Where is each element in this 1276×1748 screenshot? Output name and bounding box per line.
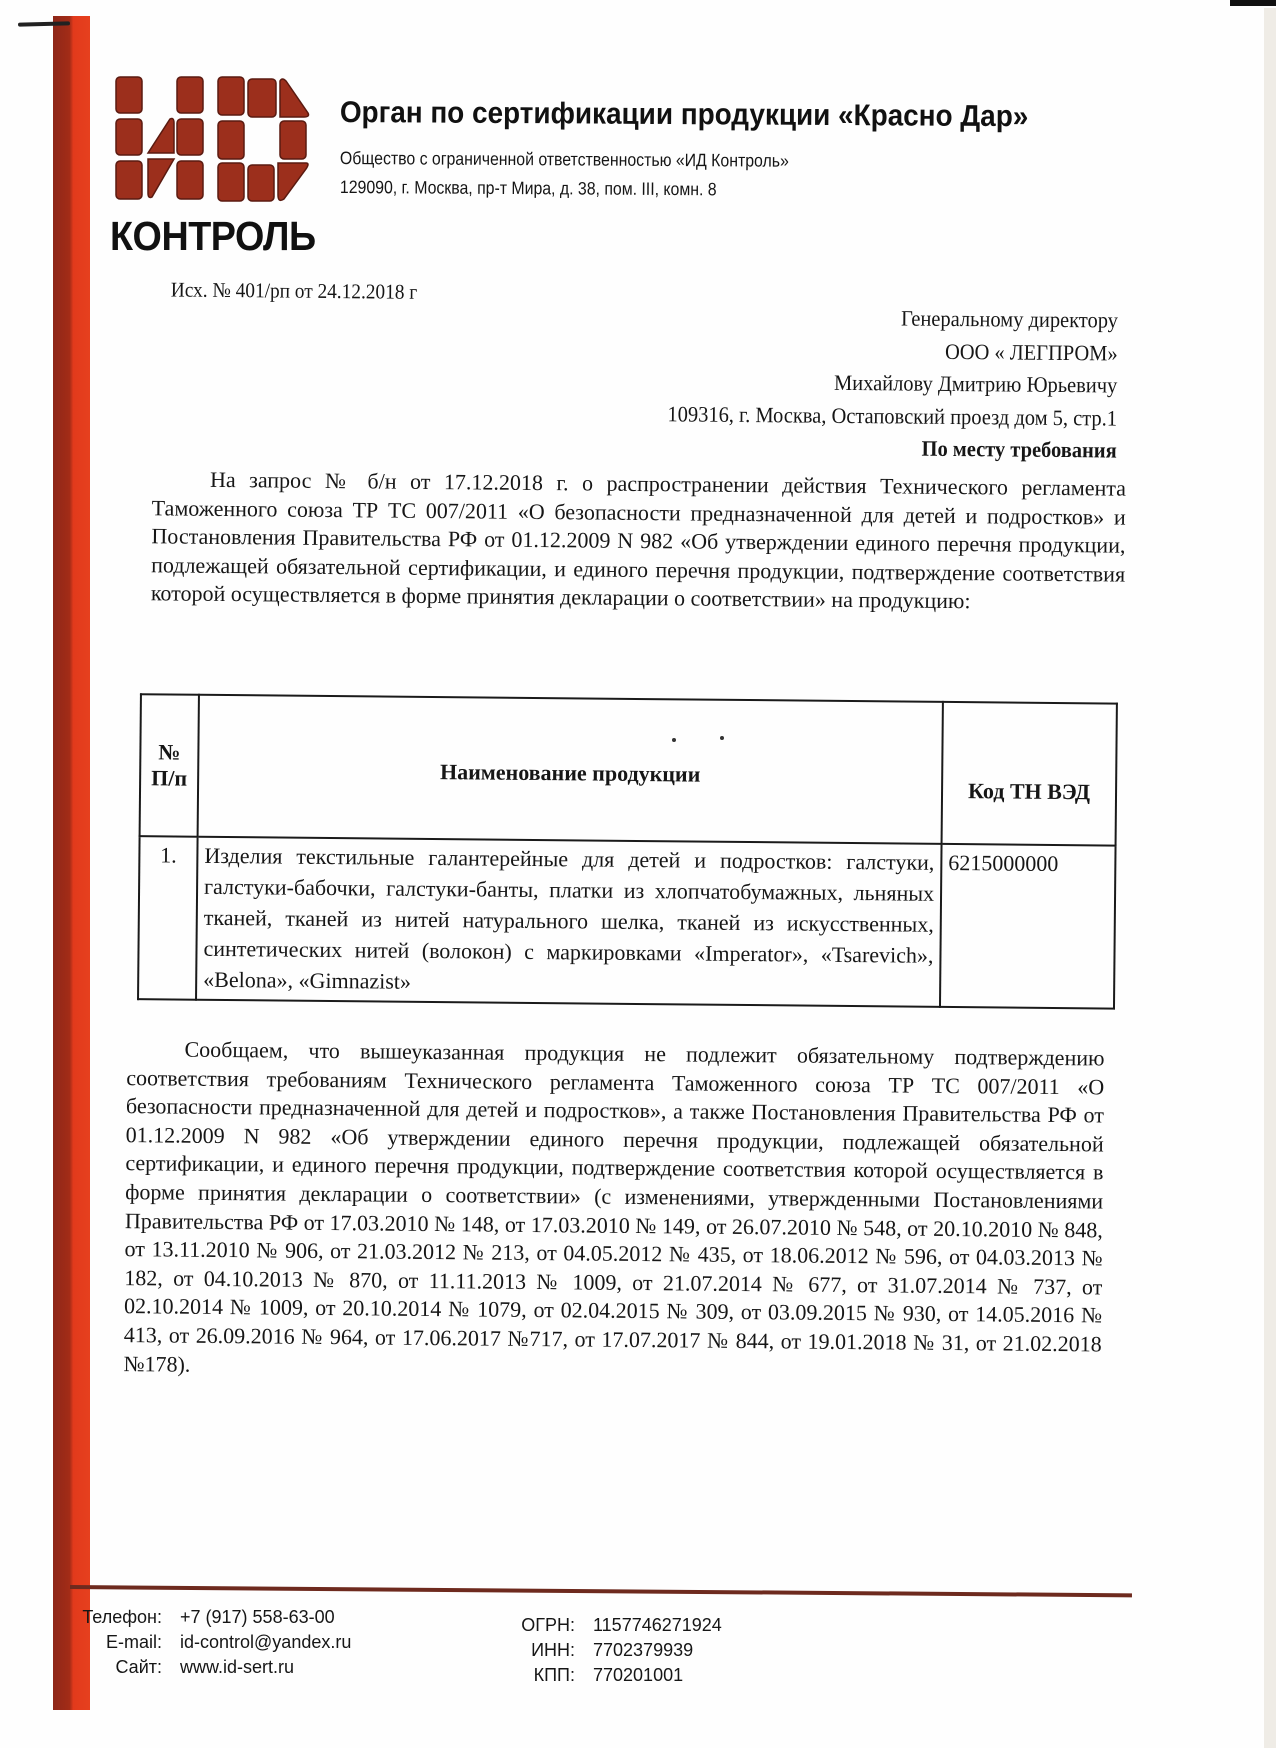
site-value: www.id-sert.ru: [180, 1657, 294, 1678]
site-label: Сайт:: [70, 1657, 162, 1678]
header-number: № П/п: [140, 694, 199, 837]
footer-email-row: E-mail: id-control@yandex.ru: [70, 1630, 351, 1655]
addressee-company: ООО « ЛЕГПРОМ»: [668, 333, 1118, 370]
row-number: 1.: [138, 836, 198, 1000]
footer-ogrn-row: ОГРН: 1157746271924: [505, 1613, 722, 1638]
footer-contacts: Телефон: +7 (917) 558-63-00 E-mail: id-c…: [70, 1605, 351, 1680]
addressee-position: Генеральному директору: [668, 300, 1118, 337]
phone-label: Телефон:: [70, 1607, 162, 1628]
outgoing-reference: Исх. № 401/рп от 24.12.2018 г: [171, 277, 418, 304]
scan-speck: [720, 736, 724, 740]
footer-site-row: Сайт: www.id-sert.ru: [70, 1655, 351, 1680]
footer-phone-row: Телефон: +7 (917) 558-63-00: [70, 1605, 351, 1630]
row-code: 6215000000: [940, 844, 1116, 1009]
footer-registration: ОГРН: 1157746271924 ИНН: 7702379939 КПП:…: [505, 1613, 722, 1688]
header-number-line2: П/п: [142, 765, 196, 792]
addressee-destination: По месту требования: [667, 430, 1117, 467]
addressee-block: Генеральному директору ООО « ЛЕГПРОМ» Ми…: [633, 300, 1118, 467]
header-code: Код ТН ВЭД: [942, 702, 1117, 846]
table-row: 1. Изделия текстильные галантерейные для…: [138, 836, 1116, 1008]
conclusion-paragraph: Сообщаем, что вышеуказанная продукция не…: [123, 1035, 1104, 1387]
intro-paragraph-text: На запрос № б/н от 17.12.2018 г. о распр…: [151, 467, 1126, 614]
footer-inn-row: ИНН: 7702379939: [505, 1638, 722, 1663]
row-product-name: Изделия текстильные галантерейные для де…: [196, 837, 942, 1007]
inn-label: ИНН:: [505, 1640, 575, 1661]
addressee-address: 109316, г. Москва, Остаповский проезд до…: [667, 398, 1117, 435]
kpp-value: 770201001: [593, 1665, 683, 1686]
email-label: E-mail:: [70, 1632, 162, 1653]
scan-speck: [672, 738, 676, 742]
products-table: № П/п Наименование продукции Код ТН ВЭД …: [137, 693, 1118, 1009]
table-header-row: № П/п Наименование продукции Код ТН ВЭД: [140, 694, 1117, 845]
footer-kpp-row: КПП: 770201001: [505, 1663, 722, 1688]
conclusion-paragraph-text: Сообщаем, что вышеуказанная продукция не…: [123, 1037, 1104, 1377]
kpp-label: КПП:: [505, 1665, 575, 1686]
phone-value: +7 (917) 558-63-00: [180, 1607, 335, 1628]
inn-value: 7702379939: [593, 1640, 693, 1661]
letter-body: Исх. № 401/рп от 24.12.2018 г Генерально…: [0, 0, 1276, 1748]
ogrn-label: ОГРН:: [505, 1615, 575, 1636]
intro-paragraph: На запрос № б/н от 17.12.2018 г. о распр…: [151, 465, 1126, 617]
addressee-person: Михайлову Дмитрию Юрьевичу: [667, 365, 1117, 402]
email-value: id-control@yandex.ru: [180, 1632, 351, 1653]
ogrn-value: 1157746271924: [593, 1615, 722, 1636]
header-number-line1: №: [142, 739, 196, 766]
header-product-name: Наименование продукции: [198, 695, 943, 844]
